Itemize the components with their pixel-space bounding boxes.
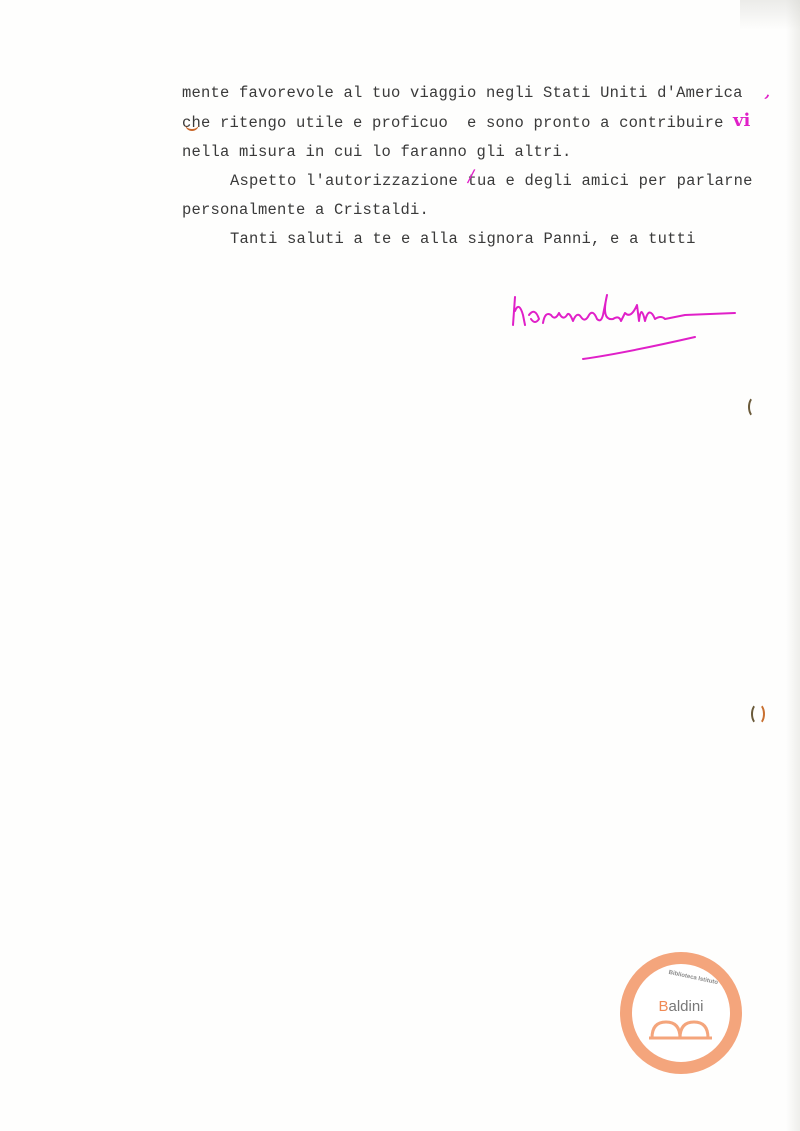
page-corner-shadow [740, 0, 800, 30]
handwritten-comma: , [763, 78, 775, 103]
page-edge-shadow [786, 0, 800, 1131]
baldini-library-watermark: Biblioteca Istituto Baldini [620, 952, 742, 1074]
logo-name: Baldini [620, 998, 742, 1015]
text-line-3: nella misura in cui lo faranno gli altri… [182, 143, 572, 161]
text-line-4: Aspetto l'autorizzazione tua e degli ami… [230, 172, 753, 190]
handwritten-correction: vi [733, 110, 750, 131]
punch-hole-mark [748, 396, 762, 418]
text-line-1: mente favorevole al tuo viaggio negli St… [182, 84, 743, 102]
text-line-2: che ritengo utile e proficuo e sono pron… [182, 114, 724, 132]
letter-page: mente favorevole al tuo viaggio negli St… [0, 0, 800, 1131]
punch-hole-mark [751, 703, 765, 725]
handwritten-signature [505, 275, 755, 365]
text-line-6: Tanti saluti a te e alla signora Panni, … [230, 230, 696, 248]
open-book-icon [648, 1018, 714, 1040]
text-line-5: personalmente a Cristaldi. [182, 201, 429, 219]
